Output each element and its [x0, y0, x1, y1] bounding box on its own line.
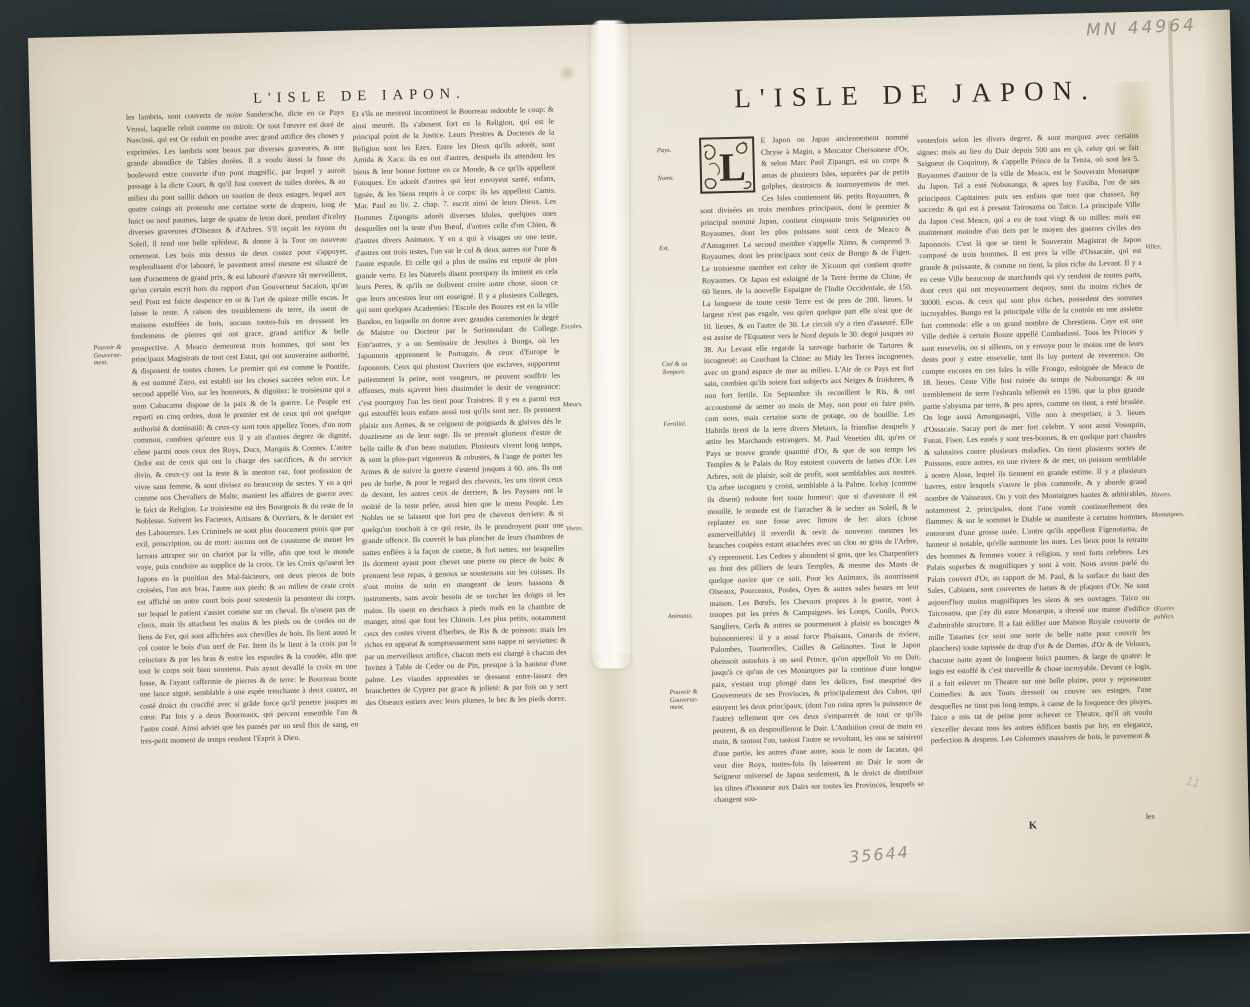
left-page-column-1: les lambris, sont couverts de noire Sand… [126, 107, 361, 824]
margin-note: Mœurs. [563, 401, 603, 410]
margin-note: Villes. [1145, 243, 1185, 252]
margin-note: Pouvoir & Gouverne- ment. [93, 344, 134, 368]
catchword: les [1103, 812, 1155, 822]
photograph-background: L'ISLE DE IAPON. L'ISLE DE JAPON. Pouvoi… [0, 0, 1250, 1007]
margin-note: Havres. [1151, 491, 1191, 500]
margin-note: Est. [659, 244, 699, 253]
right-page-title: L'ISLE DE JAPON. [727, 75, 1104, 115]
margin-note: Escoles. [561, 323, 601, 332]
right-page-column-2: ventesfois selon les divers degrez, & so… [917, 130, 1155, 837]
margin-note: Montaignes. [1151, 511, 1191, 520]
woodcut-initial: L [699, 136, 756, 194]
left-page-column-2: Et s'ils ne meurent incontinent le Bourr… [352, 104, 571, 823]
margin-note: Noms. [657, 174, 697, 183]
margin-note: Animaux. [668, 612, 708, 621]
margin-note: Pouvoir & Gouverne- ment. [670, 688, 711, 712]
antique-book-spread: L'ISLE DE IAPON. L'ISLE DE JAPON. Pouvoi… [28, 10, 1250, 962]
stain [117, 850, 359, 936]
stain [1204, 10, 1250, 932]
margin-note: Ciel & sa Tempere. [662, 360, 702, 376]
margin-note: Pays. [657, 146, 697, 155]
svg-text:L: L [719, 144, 747, 190]
margin-note: Œuvres publics. [1154, 605, 1194, 621]
right-page-column-1: L E Japon ou Japan anciennement nommé Ch… [699, 131, 926, 844]
signature-mark: K [1029, 820, 1037, 831]
stain [410, 937, 911, 979]
margin-note: Vivres. [566, 525, 606, 534]
right-page-column-1-text: E Japon ou Japan anciennement nommé Chry… [700, 132, 924, 804]
margin-note: Fertilité. [663, 420, 703, 429]
